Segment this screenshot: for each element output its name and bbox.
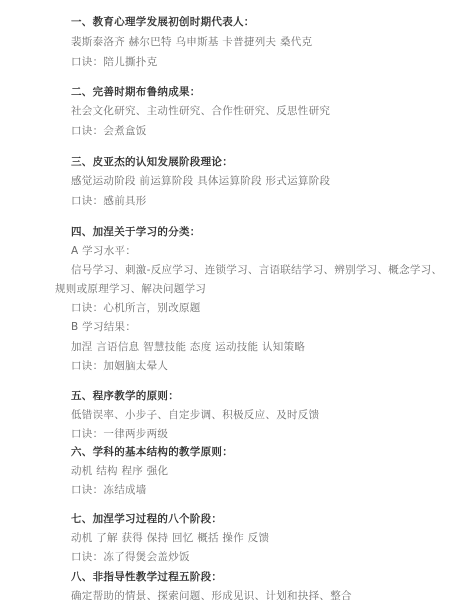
- section-3-heading: 三、皮亚杰的认知发展阶段理论：: [71, 155, 233, 169]
- section-4-heading: 四、加涅关于学习的分类：: [71, 225, 201, 239]
- section-1-heading: 一、教育心理学发展初创时期代表人：: [71, 15, 255, 29]
- section-6-content: 动机 结构 程序 强化: [71, 464, 168, 478]
- section-4-content-a: 信号学习、刺激-反应学习、连锁学习、言语联结学习、辨别学习、概念学习、: [71, 263, 442, 277]
- section-3-content: 感觉运动阶段 前运算阶段 具体运算阶段 形式运算阶段: [71, 174, 330, 188]
- section-4-subheading-a: A 学习水平：: [71, 244, 136, 258]
- section-7-heading: 七、加涅学习过程的八个阶段：: [71, 512, 222, 526]
- section-7-mnemonic: 口诀：冻了得煲会盖炒饭: [71, 550, 190, 564]
- section-5-mnemonic: 口诀：一律两步两级: [71, 427, 168, 441]
- section-2-heading: 二、完善时期布鲁纳成果：: [71, 85, 201, 99]
- section-1-content: 裴斯泰洛齐 赫尔巴特 乌申斯基 卡普捷列夫 桑代克: [71, 35, 312, 49]
- section-5-heading: 五、程序教学的原则：: [71, 389, 179, 403]
- section-6-heading: 六、学科的基本结构的教学原则：: [71, 445, 233, 459]
- section-4-subheading-b: B 学习结果：: [71, 320, 136, 334]
- section-6-mnemonic: 口诀：冻结成墙: [71, 483, 147, 497]
- section-1-mnemonic: 口诀：陪儿撕扑克: [71, 55, 157, 69]
- section-5-content: 低错误率、小步子、自定步调、积极反应、及时反馈: [71, 408, 319, 422]
- section-4-content-b: 加涅 言语信息 智慧技能 态度 运动技能 认知策略: [71, 340, 305, 354]
- section-3-mnemonic: 口诀：感前具形: [71, 194, 147, 208]
- section-7-content: 动机 了解 获得 保持 回忆 概括 操作 反馈: [71, 531, 269, 545]
- section-2-mnemonic: 口诀：会煮盒饭: [71, 124, 147, 138]
- section-4-mnemonic-b: 口诀：加姻脑太晕人: [71, 359, 168, 373]
- section-4-mnemonic-a: 口诀：心机所言，别改原题: [71, 301, 201, 315]
- section-8-heading: 八、非指导性教学过程五阶段：: [71, 570, 222, 584]
- section-2-content: 社会文化研究、主动性研究、合作性研究、反思性研究: [71, 104, 330, 118]
- section-8-content: 确定帮助的情景、探索问题、形成见识、计划和抉择、整合: [71, 589, 352, 600]
- section-4-content-a-wrap: 规则或原理学习、解决问题学习: [55, 282, 206, 296]
